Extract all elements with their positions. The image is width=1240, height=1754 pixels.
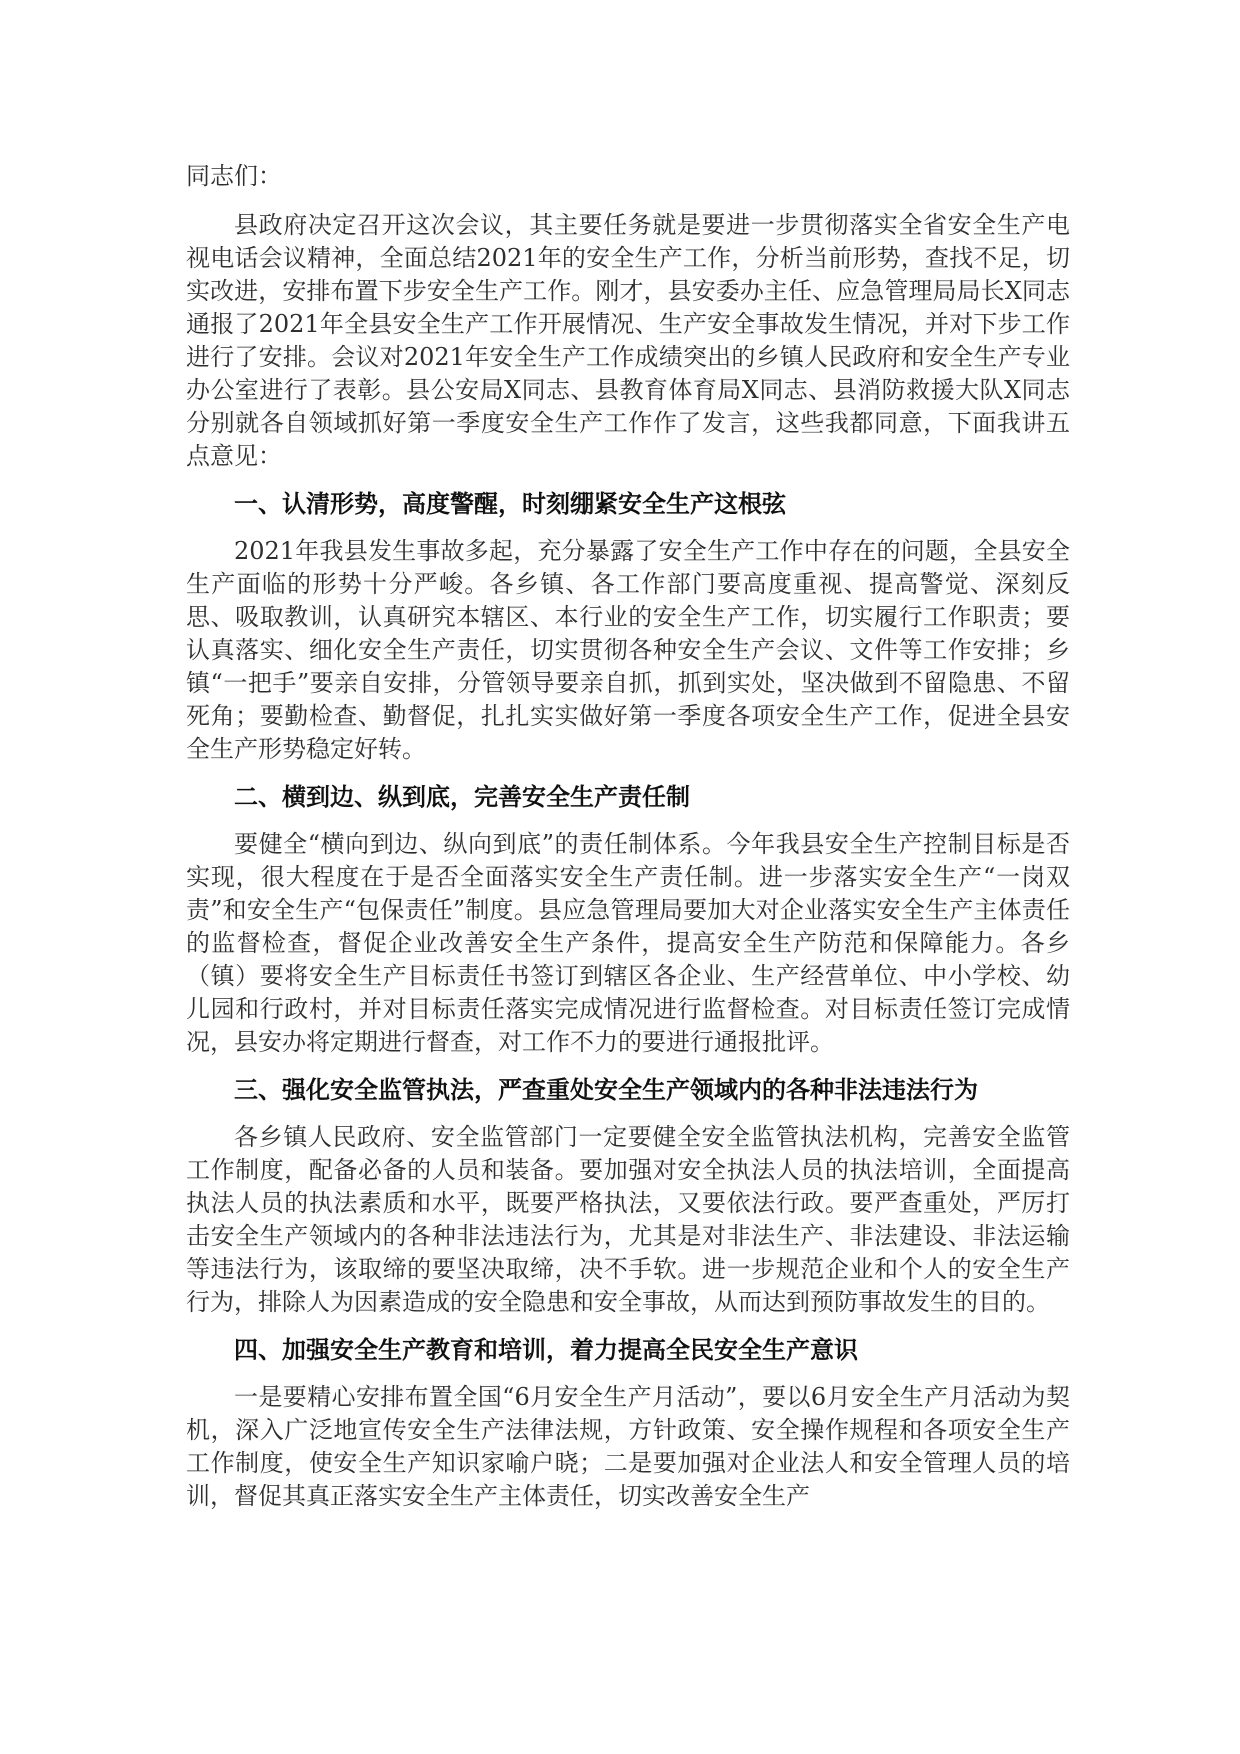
section-3-heading: 三、强化安全监管执法，严查重处安全生产领域内的各种非法违法行为: [186, 1073, 1070, 1107]
salutation: 同志们：: [186, 160, 1070, 193]
intro-paragraph: 县政府决定召开这次会议，其主要任务就是要进一步贯彻落实全省安全生产电视电话会议精…: [186, 209, 1070, 473]
section-2-paragraph: 要健全“横向到边、纵向到底”的责任制体系。今年我县安全生产控制目标是否实现，很大…: [186, 828, 1070, 1059]
section-1-paragraph: 2021年我县发生事故多起，充分暴露了安全生产工作中存在的问题，全县安全生产面临…: [186, 535, 1070, 766]
section-1-heading: 一、认清形势，高度警醒，时刻绷紧安全生产这根弦: [186, 487, 1070, 521]
section-4-paragraph: 一是要精心安排布置全国“6月安全生产月活动”，要以6月安全生产月活动为契机，深入…: [186, 1381, 1070, 1513]
section-3-paragraph: 各乡镇人民政府、安全监管部门一定要健全安全监管执法机构，完善安全监管工作制度，配…: [186, 1121, 1070, 1319]
section-4-heading: 四、加强安全生产教育和培训，着力提高全民安全生产意识: [186, 1333, 1070, 1367]
section-2-heading: 二、横到边、纵到底，完善安全生产责任制: [186, 780, 1070, 814]
document-page: 同志们： 县政府决定召开这次会议，其主要任务就是要进一步贯彻落实全省安全生产电视…: [0, 0, 1240, 1754]
